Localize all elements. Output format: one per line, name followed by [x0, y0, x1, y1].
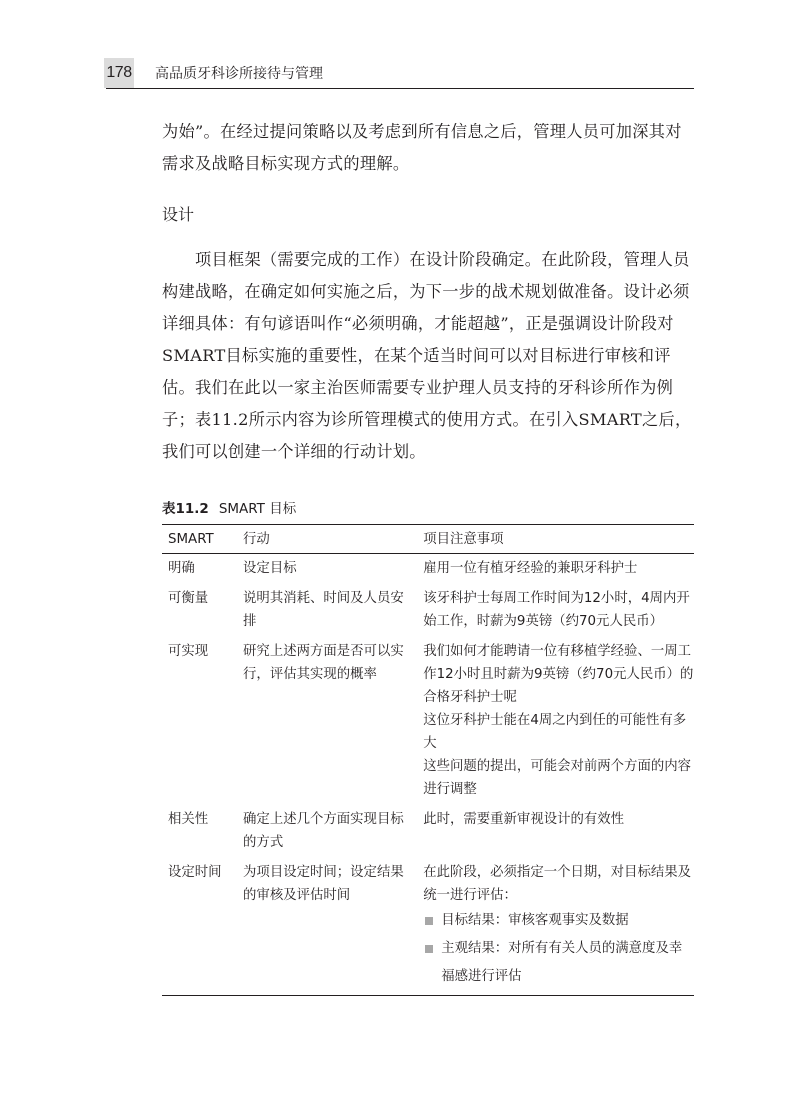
table-caption-title: SMART 目标 [219, 501, 296, 517]
column-header-smart: SMART [162, 525, 237, 554]
note-line: 在此阶段，必须指定一个日期，对目标结果及统一进行评估： [423, 861, 694, 907]
bullet-text: 目标结果：审核客观事实及数据 [441, 913, 628, 928]
running-title: 高品质牙科诊所接待与管理 [155, 63, 323, 83]
square-bullet-icon [425, 917, 433, 925]
cell-action: 设定目标 [237, 554, 417, 585]
cell-action: 研究上述两方面是否可以实行，评估其实现的概率 [237, 637, 417, 805]
cell-smart: 设定时间 [162, 858, 237, 996]
page-number: 178 [104, 58, 134, 88]
table-row: 可实现 研究上述两方面是否可以实行，评估其实现的概率 我们如何才能聘请一位有移植… [162, 637, 694, 805]
table-row: 设定时间 为项目设定时间；设定结果的审核及评估时间 在此阶段，必须指定一个日期，… [162, 858, 694, 996]
table-row: 明确 设定目标 雇用一位有植牙经验的兼职牙科护士 [162, 554, 694, 585]
table-row: 可衡量 说明其消耗、时间及人员安排 该牙科护士每周工作时间为12小时，4周内开始… [162, 584, 694, 637]
square-bullet-icon [425, 945, 433, 953]
cell-action: 为项目设定时间；设定结果的审核及评估时间 [237, 858, 417, 996]
page-header: 178 高品质牙科诊所接待与管理 [106, 58, 694, 89]
cell-smart: 可衡量 [162, 584, 237, 637]
bullet-text: 主观结果：对所有有关人员的满意度及幸福感进行评估 [441, 941, 682, 984]
cell-smart: 相关性 [162, 805, 237, 858]
cell-notes: 我们如何才能聘请一位有移植学经验、一周工作12小时且时薪为9英镑（约70元人民币… [417, 637, 694, 805]
paragraph-design: 项目框架（需要完成的工作）在设计阶段确定。在此阶段，管理人员构建战略，在确定如何… [162, 244, 694, 468]
bullet-item: 主观结果：对所有有关人员的满意度及幸福感进行评估 [423, 935, 694, 991]
note-line: 我们如何才能聘请一位有移植学经验、一周工作12小时且时薪为9英镑（约70元人民币… [423, 640, 694, 709]
cell-notes: 雇用一位有植牙经验的兼职牙科护士 [417, 554, 694, 585]
cell-smart: 可实现 [162, 637, 237, 805]
smart-goals-table: SMART 行动 项目注意事项 明确 设定目标 雇用一位有植牙经验的兼职牙科护士… [162, 524, 694, 996]
paragraph-intro: 为始”。在经过提问策略以及考虑到所有信息之后，管理人员可加深其对需求及战略目标实… [162, 116, 694, 180]
cell-notes: 在此阶段，必须指定一个日期，对目标结果及统一进行评估： 目标结果：审核客观事实及… [417, 858, 694, 996]
section-title: 设计 [162, 202, 194, 225]
table-row: 相关性 确定上述几个方面实现目标的方式 此时，需要重新审视设计的有效性 [162, 805, 694, 858]
note-line: 这位牙科护士能在4周之内到任的可能性有多大 [423, 709, 694, 755]
table-caption: 表11.2SMART 目标 [162, 497, 296, 517]
bullet-item: 目标结果：审核客观事实及数据 [423, 907, 694, 935]
cell-action: 说明其消耗、时间及人员安排 [237, 584, 417, 637]
cell-smart: 明确 [162, 554, 237, 585]
cell-action: 确定上述几个方面实现目标的方式 [237, 805, 417, 858]
note-line: 这些问题的提出，可能会对前两个方面的内容进行调整 [423, 755, 694, 801]
bullet-list: 目标结果：审核客观事实及数据 主观结果：对所有有关人员的满意度及幸福感进行评估 [423, 907, 694, 991]
column-header-notes: 项目注意事项 [417, 525, 694, 554]
column-header-action: 行动 [237, 525, 417, 554]
table-header-row: SMART 行动 项目注意事项 [162, 525, 694, 554]
cell-notes: 此时，需要重新审视设计的有效性 [417, 805, 694, 858]
cell-notes: 该牙科护士每周工作时间为12小时，4周内开始工作，时薪为9英镑（约70元人民币） [417, 584, 694, 637]
table-caption-label: 表11.2 [162, 501, 209, 517]
